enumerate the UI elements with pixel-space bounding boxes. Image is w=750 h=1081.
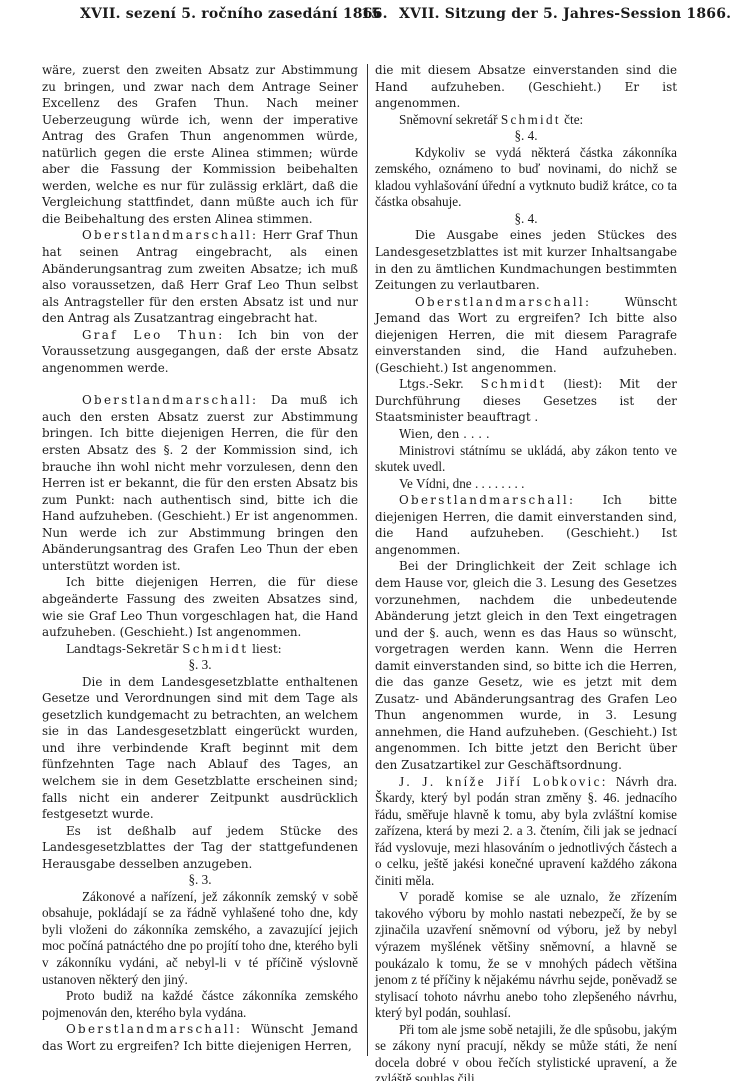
speaker: Oberstlandmarschall:: [66, 1022, 242, 1036]
paragraph: Ve Vídni, dne . . . . . . . .: [375, 476, 677, 493]
speaker: J. J. kníže Jiří Lobkovic:: [399, 774, 608, 789]
section-heading: §. 4.: [375, 128, 677, 145]
paragraph: Die in dem Landesgesetzblatte enthaltene…: [42, 674, 358, 823]
speech-paragraph: Oberstlandmarschall: Wünscht Jemand das …: [42, 1021, 358, 1054]
section-heading: §. 3.: [42, 657, 358, 674]
page-number: 15: [361, 6, 381, 22]
paragraph: Wien, den . . . .: [375, 426, 677, 443]
paragraph: V poradě komise se ale uznalo, že zřízen…: [375, 889, 677, 1021]
speech-paragraph: Landtags-Sekretär Schmidt liest:: [42, 641, 358, 658]
paragraph: Die Ausgabe eines jeden Stückes des Land…: [375, 227, 677, 293]
speech-paragraph: Oberstlandmarschall: Da muß ich auch den…: [42, 392, 358, 574]
paragraph: die mit diesem Absatze einverstanden sin…: [375, 62, 677, 112]
speech-paragraph: J. J. kníže Jiří Lobkovic: Návrh dra. Šk…: [375, 774, 677, 890]
paragraph: wäre, zuerst den zweiten Absatz zur Abst…: [42, 62, 358, 227]
right-column: die mit diesem Absatze einverstanden sin…: [375, 62, 677, 1081]
left-column: wäre, zuerst den zweiten Absatz zur Abst…: [42, 62, 358, 1054]
speech-paragraph: Oberstlandmarschall: Ich bitte diejenige…: [375, 492, 677, 558]
paragraph: Bei der Dringlichkeit der Zeit schlage i…: [375, 558, 677, 773]
speech-paragraph: Oberstlandmarschall: Wünscht Jemand das …: [375, 294, 677, 377]
speaker: Oberstlandmarschall:: [415, 295, 591, 309]
speaker: Schmidt: [501, 112, 561, 127]
speaker: Schmidt: [182, 642, 248, 656]
speaker: Oberstlandmarschall:: [399, 493, 575, 507]
column-divider: [367, 64, 368, 1056]
paragraph: Ich bitte diejenigen Herren, die für die…: [42, 574, 358, 640]
section-heading: §. 3.: [42, 872, 358, 889]
speech-paragraph: Graf Leo Thun: Ich bin von der Vorausset…: [42, 327, 358, 377]
paragraph: Ministrovi státnímu se ukládá, aby zákon…: [375, 443, 677, 476]
header-german: XVII. Sitzung der 5. Jahres-Session 1866…: [399, 6, 731, 22]
speaker: Graf Leo Thun:: [82, 328, 225, 342]
paragraph: Při tom ale jsme sobě netajili, že dle s…: [375, 1022, 677, 1081]
header-czech: XVII. sezení 5. ročního zasedání 1866.: [80, 6, 388, 22]
paragraph: Proto budiž na každé částce zákonníka ze…: [42, 988, 358, 1021]
speaker: Oberstlandmarschall:: [82, 228, 258, 242]
speaker: Schmidt: [481, 377, 547, 391]
speech-paragraph: Ltgs.-Sekr. Schmidt (liest): Mit der Dur…: [375, 376, 677, 426]
paragraph: Es ist deßhalb auf jedem Stücke des Land…: [42, 823, 358, 873]
speaker: Oberstlandmarschall:: [82, 393, 258, 407]
paragraph: Kdykoliv se vydá některá částka zákonník…: [375, 145, 677, 211]
section-heading: §. 4.: [375, 211, 677, 228]
paragraph: Zákonové a nařízení, jež zákonník zemský…: [42, 889, 358, 988]
speech-paragraph: Oberstlandmarschall: Herr Graf Thun hat …: [42, 227, 358, 326]
speech-paragraph: Sněmovní sekretář Schmidt čte:: [375, 112, 677, 129]
page-header: XVII. sezení 5. ročního zasedání 1866. 1…: [0, 6, 750, 30]
